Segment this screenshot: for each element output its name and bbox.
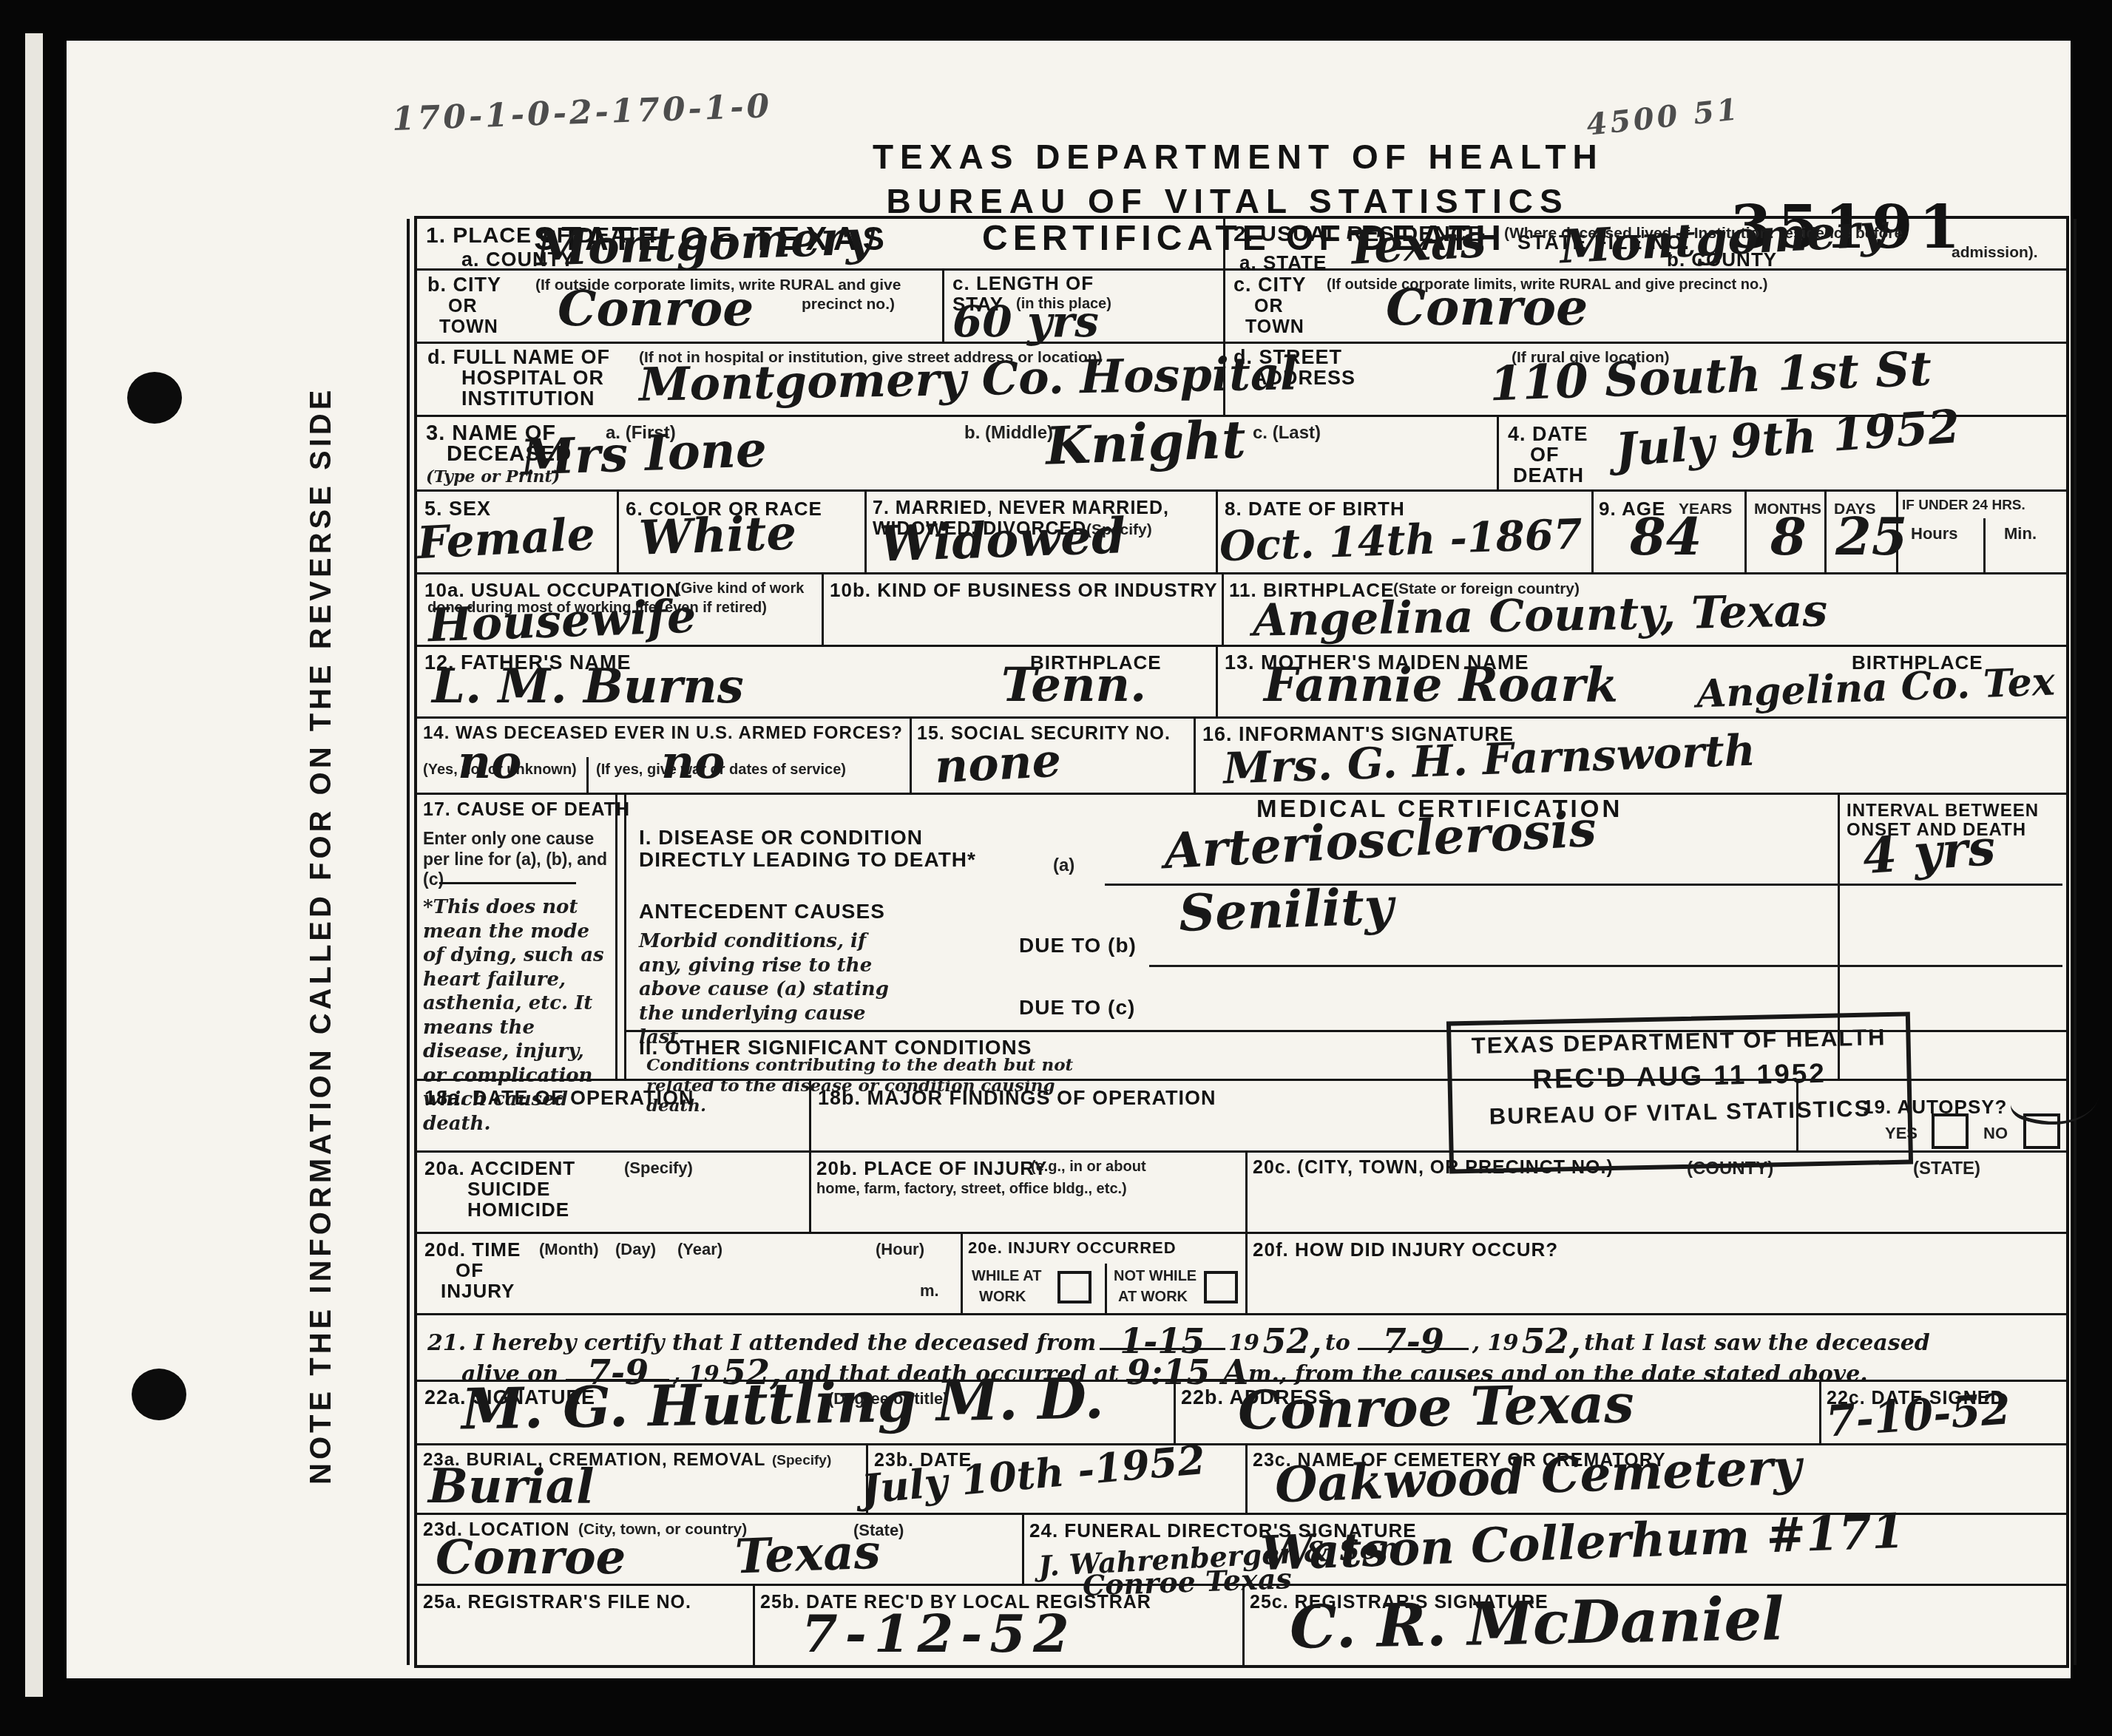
first-name-value: Mrs Ione: [520, 424, 768, 482]
cause-label: 17. CAUSE OF DEATH: [423, 799, 630, 821]
hour-label: (Hour): [876, 1240, 924, 1259]
work-label: WORK: [979, 1289, 1026, 1306]
date-signed-value: 7-10-52: [1824, 1387, 2011, 1442]
city-or: OR: [448, 296, 478, 317]
year-label: (Year): [677, 1240, 722, 1259]
row-burial: 23a. BURIAL, CREMATION, REMOVAL (Specify…: [417, 1443, 2066, 1515]
city-town: TOWN: [439, 316, 498, 338]
place-injury-paren2: home, farm, factory, street, office bldg…: [816, 1181, 1127, 1198]
last-label: c. (Last): [1253, 423, 1321, 444]
age-months-value: 8: [1770, 511, 1807, 563]
autopsy-yes-checkbox: [1932, 1113, 1969, 1149]
county-value: Montgomery: [535, 214, 873, 274]
row-forces-ssn-informant: 14. WAS DECEASED EVER IN U.S. ARMED FORC…: [417, 716, 2066, 795]
divider: [753, 1586, 755, 1667]
divider: [1819, 1382, 1821, 1445]
form-left-double-rule: [407, 219, 410, 1665]
place-injury-label: 20b. PLACE OF INJURY: [816, 1157, 1047, 1180]
reverse-side-note: NOTE THE INFORMATION CALLED FOR ON THE R…: [305, 370, 356, 1501]
m-label: m.: [920, 1281, 939, 1301]
res-city-label: c. CITY: [1233, 274, 1307, 296]
divider: [1174, 1382, 1176, 1445]
date-operation-label: 18a. DATE OF OPERATION: [424, 1087, 694, 1110]
divider: [1105, 1264, 1107, 1315]
under24-label: IF UNDER 24 HRS.: [1902, 498, 2025, 514]
accident-label1: 20a. ACCIDENT: [424, 1157, 575, 1180]
marital-value: Widowed: [879, 511, 1126, 569]
last-name-value: Knight: [1045, 413, 1247, 472]
res-state-label: a. STATE: [1239, 251, 1327, 274]
received-stamp: TEXAS DEPARTMENT OF HEALTH REC'D AUG 11 …: [1446, 1011, 1913, 1173]
stamp-line2: REC'D AUG 11 1952: [1452, 1057, 1907, 1097]
month-label: (Month): [539, 1240, 599, 1259]
death-certificate-form: 1. PLACE OF DEATH a. COUNTY Montgomery b…: [414, 216, 2069, 1668]
divider: [1744, 492, 1747, 574]
row-parents: 12. FATHER'S NAME BIRTHPLACE L. M. Burns…: [417, 645, 2066, 719]
disease-label2: DIRECTLY LEADING TO DEATH*: [639, 848, 976, 872]
hospital-value: Montgomery Co. Hospital: [639, 350, 1299, 408]
findings-label: 18b. MAJOR FINDINGS OF OPERATION: [818, 1087, 1216, 1110]
accident-paren: (Specify): [624, 1159, 693, 1178]
divider: [809, 1081, 811, 1153]
father-value: L. M. Burns: [432, 663, 744, 711]
day-label: (Day): [615, 1240, 656, 1259]
interval-label1: INTERVAL BETWEEN: [1847, 801, 2039, 821]
blank: 1-15: [1100, 1318, 1225, 1350]
divider: [1216, 647, 1218, 719]
row-location-funeral: 23d. LOCATION (City, town, or country) (…: [417, 1513, 2066, 1586]
while-at-label: WHILE AT: [972, 1268, 1041, 1285]
res-city-town: TOWN: [1245, 316, 1304, 338]
due-to-c-label: DUE TO (c): [1019, 996, 1135, 1020]
row-physician: 22a. SIGNATURE (Degree or title) M. G. H…: [417, 1380, 2066, 1445]
residence-paren2: admission).: [1952, 244, 2038, 262]
hospital-label2: HOSPITAL OR: [461, 367, 604, 390]
mother-birthplace-value: Angelina Co. Tex: [1696, 663, 2055, 714]
divider: [1245, 1234, 1248, 1315]
divider: [864, 492, 867, 574]
row-place-residence: 1. PLACE OF DEATH a. COUNTY Montgomery b…: [417, 219, 2066, 415]
disease-a-tag: (a): [1053, 855, 1074, 876]
form-right-double-rule: [2074, 219, 2077, 1665]
how-injury-label: 20f. HOW DID INJURY OCCUR?: [1253, 1238, 1558, 1261]
injury-state-label: (STATE): [1913, 1159, 1980, 1179]
forces-value2: no: [661, 739, 725, 785]
registrar-file-label: 25a. REGISTRAR'S FILE NO.: [423, 1592, 691, 1613]
row-injury-time: 20d. TIME OF INJURY (Month) (Day) (Year)…: [417, 1232, 2066, 1315]
row-sex-age: 5. SEX Female 6. COLOR OR RACE White 7. …: [417, 489, 2066, 574]
res-state-value: Texas: [1344, 218, 1487, 271]
race-value: White: [638, 509, 797, 562]
punch-hole-bottom: [132, 1369, 186, 1420]
blank: 9:15 A: [1126, 1349, 1245, 1381]
burial-value: Burial: [428, 1463, 594, 1510]
ssn-value: none: [933, 738, 1062, 790]
autopsy-no-label: NO: [1983, 1124, 2008, 1143]
divider: [1022, 1515, 1024, 1586]
res-city-value: Conroe: [1386, 282, 1588, 333]
rule: [439, 882, 576, 884]
divider: [1824, 492, 1827, 574]
divider: [1242, 1586, 1245, 1667]
divider: [809, 1153, 811, 1234]
mother-value: Fannie Roark: [1264, 662, 1618, 709]
divider: [1497, 417, 1499, 492]
stay-value: 60 yrs: [952, 300, 1099, 343]
pencil-annotation-right: 4500 51: [1585, 92, 1742, 143]
row-certification: 21. I hereby certify that I attended the…: [417, 1313, 2066, 1382]
not-while-at-work-checkbox: [1204, 1271, 1238, 1303]
scan-edge-strip: [25, 33, 43, 1697]
street-value: 110 South 1st St: [1489, 346, 1932, 409]
due-to-b-label: DUE TO (b): [1019, 934, 1137, 957]
rule: [1149, 965, 2062, 967]
divider: [624, 795, 626, 1081]
divider: [1245, 1445, 1248, 1515]
stay-label1: c. LENGTH OF: [952, 272, 1094, 295]
occupation-value: Housewife: [427, 594, 697, 649]
divider: [1222, 574, 1224, 647]
accident-label2: SUICIDE: [467, 1178, 550, 1201]
accident-label3: HOMICIDE: [467, 1198, 569, 1221]
registrar-signature-value: C. R. McDaniel: [1289, 1589, 1784, 1657]
while-at-work-checkbox: [1057, 1271, 1091, 1303]
hospital-label3: INSTITUTION: [461, 387, 595, 410]
location-state-value: Texas: [734, 1529, 881, 1581]
divider: [617, 492, 619, 574]
registrar-date-value: 7-12-52: [802, 1608, 1077, 1660]
time-injury-label1: 20d. TIME: [424, 1238, 521, 1261]
birthplace-value: Angelina County, Texas: [1253, 589, 1828, 643]
forces-value1: no: [458, 739, 521, 785]
rule: [417, 342, 2066, 344]
cause-note1: Enter only one cause per line for (a), (…: [423, 829, 612, 890]
time-injury-label2: OF: [456, 1259, 484, 1282]
header-department: TEXAS DEPARTMENT OF HEALTH: [873, 137, 1583, 177]
physician-signature-value: M. G. Huttling M. D.: [461, 1370, 1104, 1437]
divider: [615, 795, 617, 1081]
res-city-or: OR: [1254, 296, 1284, 317]
middle-label: b. (Middle): [964, 423, 1053, 444]
dob-value: Oct. 14th -1867: [1219, 513, 1583, 567]
disease-label1: I. DISEASE OR CONDITION: [639, 826, 923, 850]
city-value: Conroe: [558, 284, 754, 333]
divider: [942, 268, 944, 342]
age-days-value: 25: [1835, 511, 1907, 563]
hours-label: Hours: [1911, 524, 1958, 543]
time-injury-label3: INJURY: [441, 1280, 515, 1303]
dod-label2: OF: [1530, 444, 1560, 467]
father-birthplace-value: Tenn.: [1001, 662, 1146, 709]
antecedent-label: ANTECEDENT CAUSES: [639, 900, 885, 923]
injury-occurred-label: 20e. INJURY OCCURRED: [968, 1238, 1177, 1258]
not-while-label: NOT WHILE: [1114, 1268, 1197, 1285]
res-county-value: Montgomery: [1559, 207, 1888, 270]
place-injury-paren1: (e.g., in or about: [1031, 1159, 1146, 1176]
at-work-label: AT WORK: [1118, 1289, 1188, 1306]
row-name-dod: 3. NAME OF DECEASED (Type or Print) a. (…: [417, 415, 2066, 492]
dod-label3: DEATH: [1513, 464, 1584, 487]
funeral-director-signature-value: Watson Collerhum #171: [1259, 1508, 1906, 1578]
age-years-value: 84: [1630, 511, 1702, 563]
stamp-line1: TEXAS DEPARTMENT OF HEALTH: [1451, 1024, 1906, 1060]
divider: [586, 757, 589, 795]
divider: [1591, 492, 1594, 574]
location-city-value: Conroe: [436, 1534, 626, 1581]
pencil-annotation-left: 170-1-0-2-170-1-0: [391, 87, 773, 138]
divider: [822, 574, 824, 647]
min-label: Min.: [2004, 524, 2037, 543]
certificate-paper: NOTE THE INFORMATION CALLED FOR ON THE R…: [67, 41, 2071, 1678]
divider: [1245, 1153, 1248, 1234]
cause-b-value: Senility: [1178, 881, 1394, 939]
sex-value: Female: [416, 512, 597, 566]
divider: [1983, 518, 1986, 574]
divider: [961, 1234, 963, 1315]
dod-label1: 4. DATE: [1508, 423, 1588, 446]
burial-paren: (Specify): [772, 1453, 831, 1469]
city-paren2: precinct no.): [802, 296, 895, 313]
divider: [1216, 492, 1218, 574]
cause-a-value: Arteriosclerosis: [1163, 804, 1598, 876]
row-occupation: 10a. USUAL OCCUPATION (Give kind of work…: [417, 572, 2066, 647]
divider: [910, 719, 912, 795]
punch-hole-top: [127, 372, 182, 424]
hospital-label1: d. FULL NAME OF: [427, 346, 610, 369]
blank: 7-9: [1358, 1318, 1469, 1350]
address-value: Conroe Texas: [1237, 1377, 1634, 1437]
stamp-line3: BUREAU OF VITAL STATISTICS: [1452, 1095, 1908, 1131]
industry-label: 10b. KIND OF BUSINESS OR INDUSTRY: [830, 579, 1218, 602]
interval-value: 4 yrs: [1861, 823, 1997, 881]
scanned-death-certificate: { "header": { "pencil_left": "170-1-0-2-…: [0, 0, 2112, 1736]
divider: [1194, 719, 1196, 795]
city-label: b. CITY: [427, 274, 501, 296]
